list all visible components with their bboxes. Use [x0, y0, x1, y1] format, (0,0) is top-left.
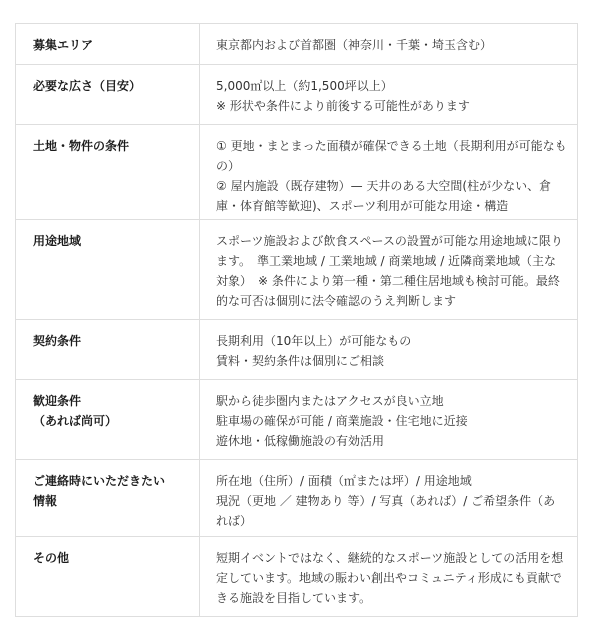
- label-text: 情報: [33, 491, 199, 511]
- value-text: 現況（更地 ／ 建物あり 等）/ 写真（あれば）/ ご希望条件（あれば）: [216, 491, 567, 531]
- recruitment-conditions-table: 募集エリア 東京都内および首都圏（神奈川・千葉・埼玉含む） 必要な広さ（目安） …: [15, 23, 578, 617]
- value-text: スポーツ施設および飲食スペースの設置が可能な用途地域に限ります。 準工業地域 /…: [216, 231, 567, 311]
- value-text: ※ 形状や条件により前後する可能性があります: [216, 96, 567, 116]
- value-text: 所在地（住所）/ 面積（㎡または坪）/ 用途地域: [216, 471, 567, 491]
- label-text: 歓迎条件: [33, 391, 199, 411]
- table-row-contact-info: ご連絡時にいただきたい 情報 所在地（住所）/ 面積（㎡または坪）/ 用途地域 …: [16, 460, 578, 537]
- row-label: 必要な広さ（目安）: [16, 65, 200, 125]
- label-text: 用途地域: [33, 231, 199, 251]
- table-row-contract-terms: 契約条件 長期利用（10年以上）が可能なもの 賃料・契約条件は個別にご相談: [16, 320, 578, 380]
- table-row-property-conditions: 土地・物件の条件 ① 更地・まとまった面積が確保できる土地（長期利用が可能なもの…: [16, 125, 578, 220]
- label-text: 契約条件: [33, 331, 199, 351]
- row-value: 長期利用（10年以上）が可能なもの 賃料・契約条件は個別にご相談: [200, 320, 578, 380]
- row-label: 土地・物件の条件: [16, 125, 200, 220]
- row-value: ① 更地・まとまった面積が確保できる土地（長期利用が可能なもの） ② 屋内施設（…: [200, 125, 578, 220]
- label-text: 募集エリア: [33, 35, 199, 55]
- value-text: 東京都内および首都圏（神奈川・千葉・埼玉含む）: [216, 35, 567, 55]
- row-label: ご連絡時にいただきたい 情報: [16, 460, 200, 537]
- label-text: （あれば尚可）: [33, 411, 199, 431]
- value-text: 長期利用（10年以上）が可能なもの: [216, 331, 567, 351]
- value-text: ① 更地・まとまった面積が確保できる土地（長期利用が可能なもの）: [216, 136, 567, 176]
- row-value: 所在地（住所）/ 面積（㎡または坪）/ 用途地域 現況（更地 ／ 建物あり 等）…: [200, 460, 578, 537]
- row-label: 歓迎条件 （あれば尚可）: [16, 380, 200, 460]
- row-label: 用途地域: [16, 220, 200, 320]
- table-row-other: その他 短期イベントではなく、継続的なスポーツ施設としての活用を想定しています。…: [16, 537, 578, 617]
- value-text: 駅から徒歩圏内またはアクセスが良い立地: [216, 391, 567, 411]
- row-label: その他: [16, 537, 200, 617]
- row-label: 契約条件: [16, 320, 200, 380]
- value-text: 駐車場の確保が可能 / 商業施設・住宅地に近接: [216, 411, 567, 431]
- table-row-preferred-conditions: 歓迎条件 （あれば尚可） 駅から徒歩圏内またはアクセスが良い立地 駐車場の確保が…: [16, 380, 578, 460]
- label-text: 土地・物件の条件: [33, 136, 199, 156]
- value-text: 遊休地・低稼働施設の有効活用: [216, 431, 567, 451]
- value-text: 短期イベントではなく、継続的なスポーツ施設としての活用を想定しています。地域の賑…: [216, 548, 567, 608]
- value-text: 5,000㎡以上（約1,500坪以上）: [216, 76, 567, 96]
- table-row-area: 募集エリア 東京都内および首都圏（神奈川・千葉・埼玉含む）: [16, 24, 578, 65]
- row-value: 短期イベントではなく、継続的なスポーツ施設としての活用を想定しています。地域の賑…: [200, 537, 578, 617]
- table-row-zoning: 用途地域 スポーツ施設および飲食スペースの設置が可能な用途地域に限ります。 準工…: [16, 220, 578, 320]
- label-text: その他: [33, 548, 199, 568]
- row-value: 東京都内および首都圏（神奈川・千葉・埼玉含む）: [200, 24, 578, 65]
- row-value: 駅から徒歩圏内またはアクセスが良い立地 駐車場の確保が可能 / 商業施設・住宅地…: [200, 380, 578, 460]
- value-text: ② 屋内施設（既存建物）— 天井のある大空間(柱が少ない、倉庫・体育館等歓迎)、…: [216, 176, 567, 216]
- label-text: ご連絡時にいただきたい: [33, 471, 199, 491]
- table-row-required-size: 必要な広さ（目安） 5,000㎡以上（約1,500坪以上） ※ 形状や条件により…: [16, 65, 578, 125]
- row-label: 募集エリア: [16, 24, 200, 65]
- row-value: 5,000㎡以上（約1,500坪以上） ※ 形状や条件により前後する可能性があり…: [200, 65, 578, 125]
- row-value: スポーツ施設および飲食スペースの設置が可能な用途地域に限ります。 準工業地域 /…: [200, 220, 578, 320]
- label-text: 必要な広さ（目安）: [33, 76, 199, 96]
- value-text: 賃料・契約条件は個別にご相談: [216, 351, 567, 371]
